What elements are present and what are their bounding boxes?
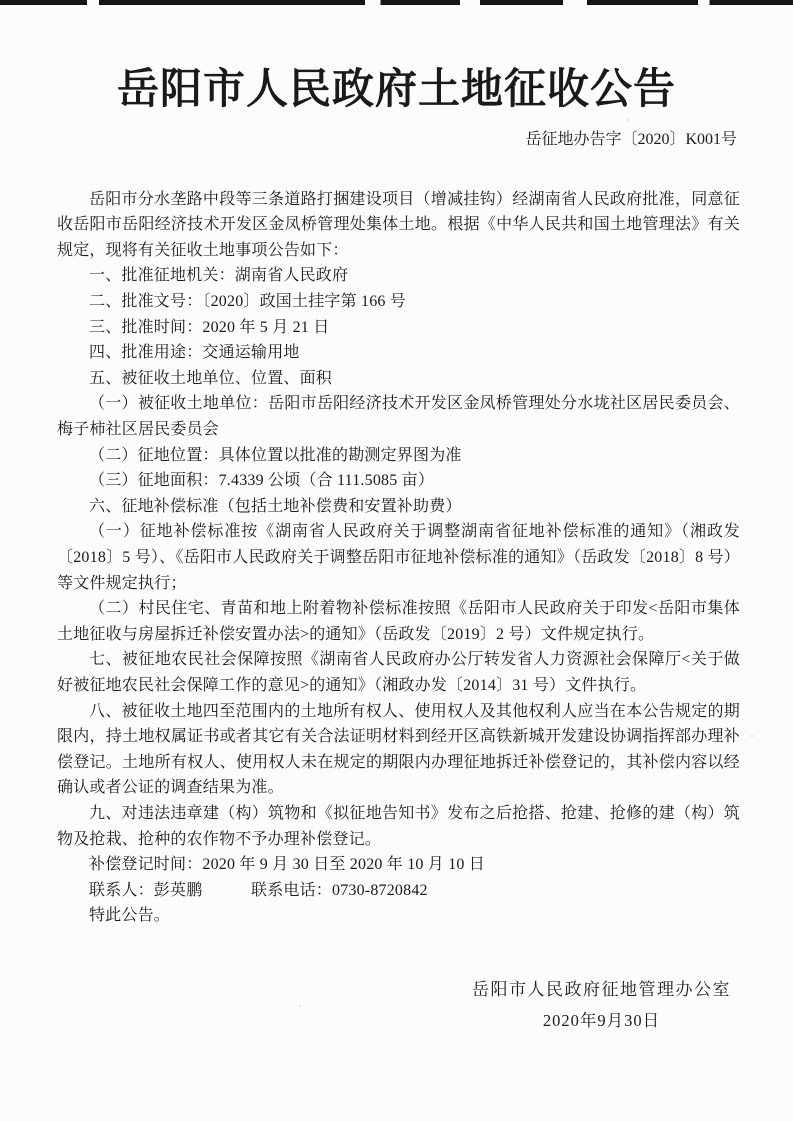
paragraph-intro: 岳阳市分水垄路中段等三条道路打捆建设项目（增减挂钩）经湖南省人民政府批准，同意征… bbox=[57, 187, 740, 264]
item-6-heading: 六、征地补偿标准（包括土地补偿费和安置补助费） bbox=[57, 494, 740, 520]
contact-line: 联系人：彭英鹏 联系电话：0730-8720842 bbox=[57, 878, 740, 904]
item-5-2-location: （二）征地位置：具体位置以批准的勘测定界图为准 bbox=[57, 443, 740, 469]
signature-block: 岳阳市人民政府征地管理办公室 2020年9月30日 bbox=[0, 977, 731, 1033]
item-6-2-housing-standard: （二）村民住宅、青苗和地上附着物补偿标准按照《岳阳市人民政府关于印发<岳阳市集体… bbox=[57, 596, 740, 647]
signature-inner: 岳阳市人民政府征地管理办公室 2020年9月30日 bbox=[472, 977, 731, 1033]
announcement-page: 岳阳市人民政府土地征收公告 岳征地办告字〔2020〕K001号 岳阳市分水垄路中… bbox=[0, 0, 793, 1121]
closing-line: 特此公告。 bbox=[57, 903, 740, 929]
item-6-1-compensation-standard: （一）征地补偿标准按《湖南省人民政府关于调整湖南省征地补偿标准的通知》（湘政发〔… bbox=[57, 519, 740, 596]
document-number: 岳征地办告字〔2020〕K001号 bbox=[0, 129, 793, 151]
signature-date: 2020年9月30日 bbox=[472, 1009, 731, 1033]
document-body: 岳阳市分水垄路中段等三条道路打捆建设项目（增减挂钩）经湖南省人民政府批准，同意征… bbox=[57, 187, 740, 929]
item-2-approval-number: 二、批准文号：〔2020〕政国土挂字第 166 号 bbox=[57, 289, 740, 315]
item-7-social-security: 七、被征地农民社会保障按照《湖南省人民政府办公厅转发省人力资源社会保障厅<关于做… bbox=[57, 647, 740, 698]
registration-period: 补偿登记时间：2020 年 9 月 30 日至 2020 年 10 月 10 日 bbox=[57, 852, 740, 878]
item-5-3-area: （三）征地面积：7.4339 公顷（合 111.5085 亩） bbox=[57, 468, 740, 494]
item-3-approval-date: 三、批准时间：2020 年 5 月 21 日 bbox=[57, 315, 740, 341]
item-9-illegal-structures: 九、对违法违章建（构）筑物和《拟征地告知书》发布之后抢搭、抢建、抢修的建（构）筑… bbox=[57, 801, 740, 852]
item-4-approved-use: 四、批准用途：交通运输用地 bbox=[57, 340, 740, 366]
item-1-approving-authority: 一、批准征地机关：湖南省人民政府 bbox=[57, 263, 740, 289]
item-5-1-land-units: （一）被征收土地单位：岳阳市岳阳经济技术开发区金凤桥管理处分水垅社区居民委员会、… bbox=[57, 391, 740, 442]
item-8-registration: 八、被征收土地四至范围内的土地所有权人、使用权人及其他权利人应当在本公告规定的期… bbox=[57, 699, 740, 801]
document-title: 岳阳市人民政府土地征收公告 bbox=[0, 62, 793, 119]
signature-issuer: 岳阳市人民政府征地管理办公室 bbox=[472, 977, 731, 1003]
item-5-heading: 五、被征收土地单位、位置、面积 bbox=[57, 366, 740, 392]
scan-artifact-top bbox=[0, 0, 793, 5]
